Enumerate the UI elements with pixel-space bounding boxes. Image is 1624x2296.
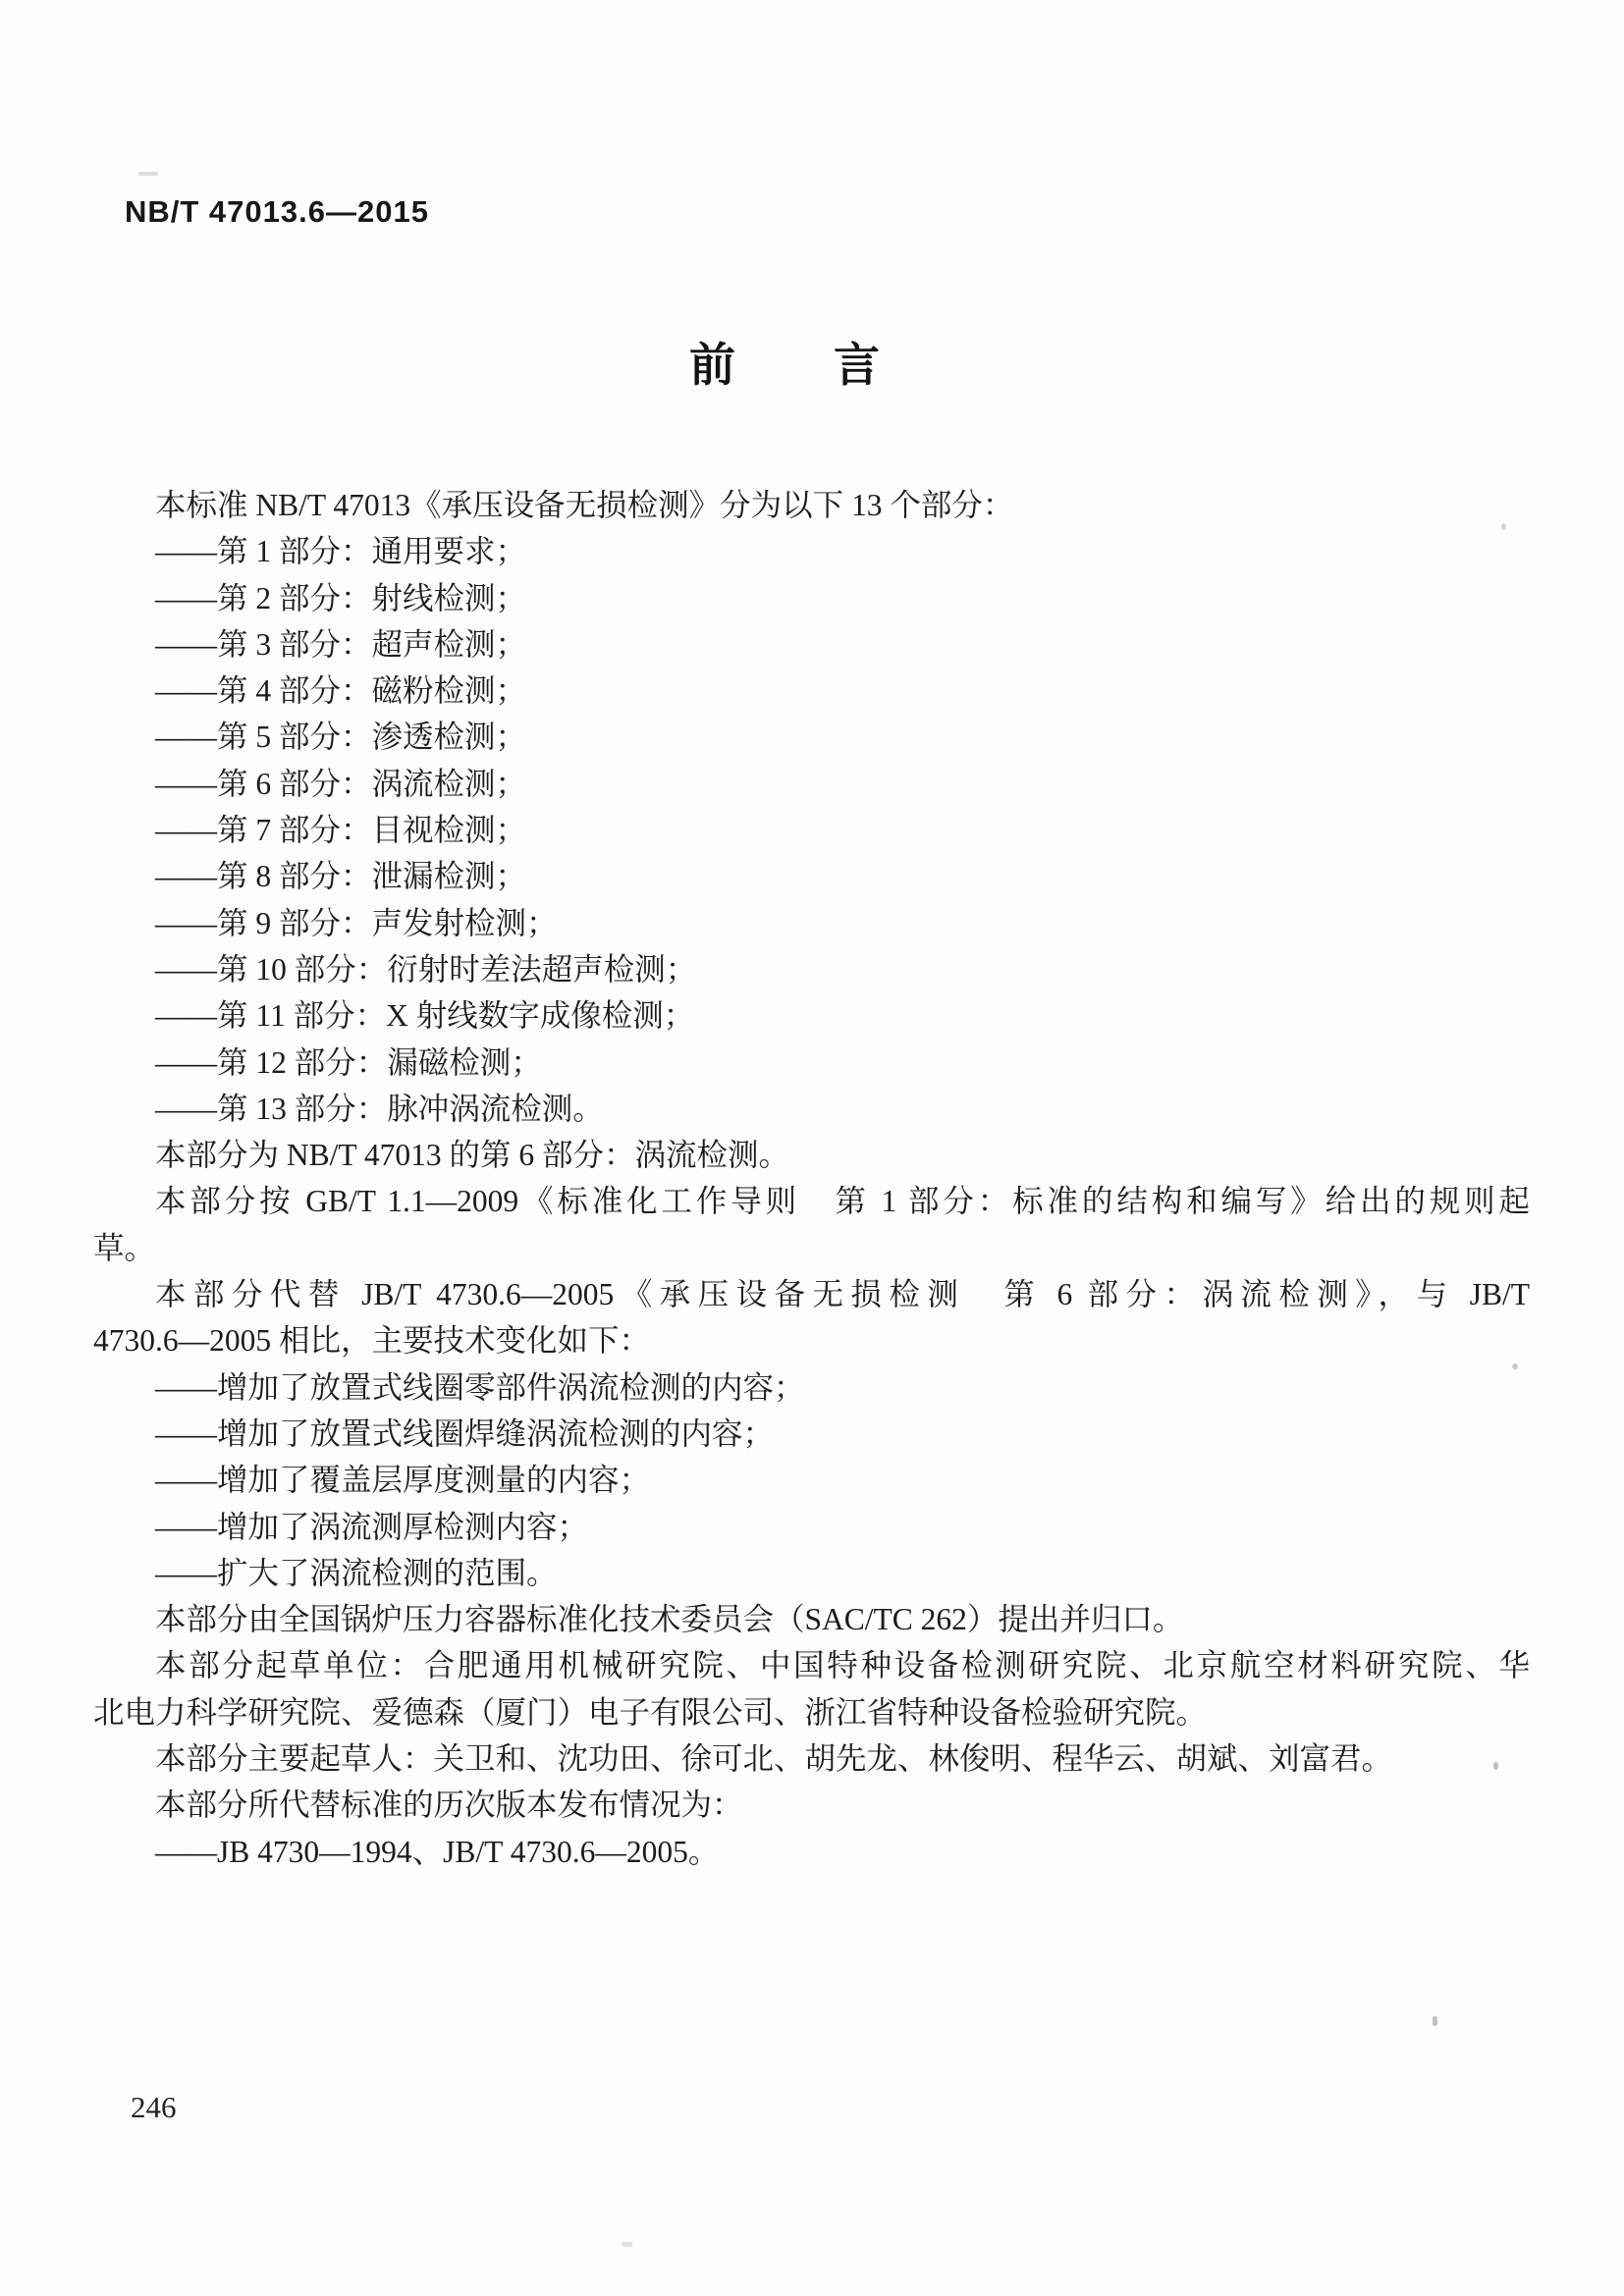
text-line: ——第 13 部分：脉冲涡流检测。 <box>93 1086 1530 1132</box>
document-page: NB/T 47013.6—2015 前 言 本标准 NB/T 47013《承压设… <box>0 0 1624 2296</box>
text-line: 本部分所代替标准的历次版本发布情况为： <box>93 1782 1530 1828</box>
text-line: ——JB 4730—1994、JB/T 4730.6—2005。 <box>93 1829 1530 1875</box>
text-line: ——第 6 部分：涡流检测； <box>93 761 1530 807</box>
text-line: ——第 9 部分：声发射检测； <box>93 900 1530 946</box>
text-line: 本标准 NB/T 47013《承压设备无损检测》分为以下 13 个部分： <box>93 482 1530 528</box>
text-line: ——第 5 部分：渗透检测； <box>93 714 1530 760</box>
text-line: 本部分代替 JB/T 4730.6—2005《承压设备无损检测 第 6 部分：涡… <box>93 1271 1530 1317</box>
text-line: 北电力科学研究院、爱德森（厦门）电子有限公司、浙江省特种设备检验研究院。 <box>93 1689 1530 1735</box>
text-line: 4730.6—2005 相比，主要技术变化如下： <box>93 1317 1530 1363</box>
text-line: ——第 3 部分：超声检测； <box>93 621 1530 667</box>
scan-speck <box>1501 523 1506 530</box>
text-line: ——增加了放置式线圈零部件涡流检测的内容； <box>93 1364 1530 1411</box>
text-line: ——扩大了涡流检测的范围。 <box>93 1550 1530 1596</box>
text-line: 本部分为 NB/T 47013 的第 6 部分：涡流检测。 <box>93 1132 1530 1178</box>
scan-speck <box>138 172 158 176</box>
text-line: 本部分由全国锅炉压力容器标准化技术委员会（SAC/TC 262）提出并归口。 <box>93 1596 1530 1642</box>
body-lines: 本标准 NB/T 47013《承压设备无损检测》分为以下 13 个部分：——第 … <box>93 482 1530 1875</box>
text-line: ——第 8 部分：泄漏检测； <box>93 853 1530 899</box>
text-line: 本部分起草单位：合肥通用机械研究院、中国特种设备检测研究院、北京航空材料研究院、… <box>93 1642 1530 1688</box>
text-line: ——第 10 部分：衍射时差法超声检测； <box>93 946 1530 992</box>
page-number: 246 <box>131 2089 177 2126</box>
text-line: ——第 2 部分：射线检测； <box>93 575 1530 621</box>
text-line: ——第 7 部分：目视检测； <box>93 807 1530 853</box>
scan-speck <box>1433 2016 1437 2026</box>
standard-number: NB/T 47013.6—2015 <box>125 194 429 230</box>
text-line: ——增加了覆盖层厚度测量的内容； <box>93 1457 1530 1503</box>
text-line: 本部分主要起草人：关卫和、沈功田、徐可北、胡先龙、林俊明、程华云、胡斌、刘富君。 <box>93 1735 1530 1782</box>
page-title: 前 言 <box>69 338 1502 393</box>
text-line: ——增加了放置式线圈焊缝涡流检测的内容； <box>93 1411 1530 1457</box>
text-line: ——第 4 部分：磁粉检测； <box>93 667 1530 714</box>
text-line: ——增加了涡流测厚检测内容； <box>93 1504 1530 1550</box>
text-line: ——第 1 部分：通用要求； <box>93 528 1530 574</box>
scan-speck <box>1493 1762 1498 1770</box>
text-line: 本部分按 GB/T 1.1—2009《标准化工作导则 第 1 部分：标准的结构和… <box>93 1178 1530 1224</box>
text-line: ——第 12 部分：漏磁检测； <box>93 1040 1530 1086</box>
scan-speck <box>622 2242 632 2247</box>
text-line: ——第 11 部分：X 射线数字成像检测； <box>93 992 1530 1039</box>
text-line: 草。 <box>93 1225 1530 1271</box>
scan-speck <box>1512 1363 1518 1369</box>
